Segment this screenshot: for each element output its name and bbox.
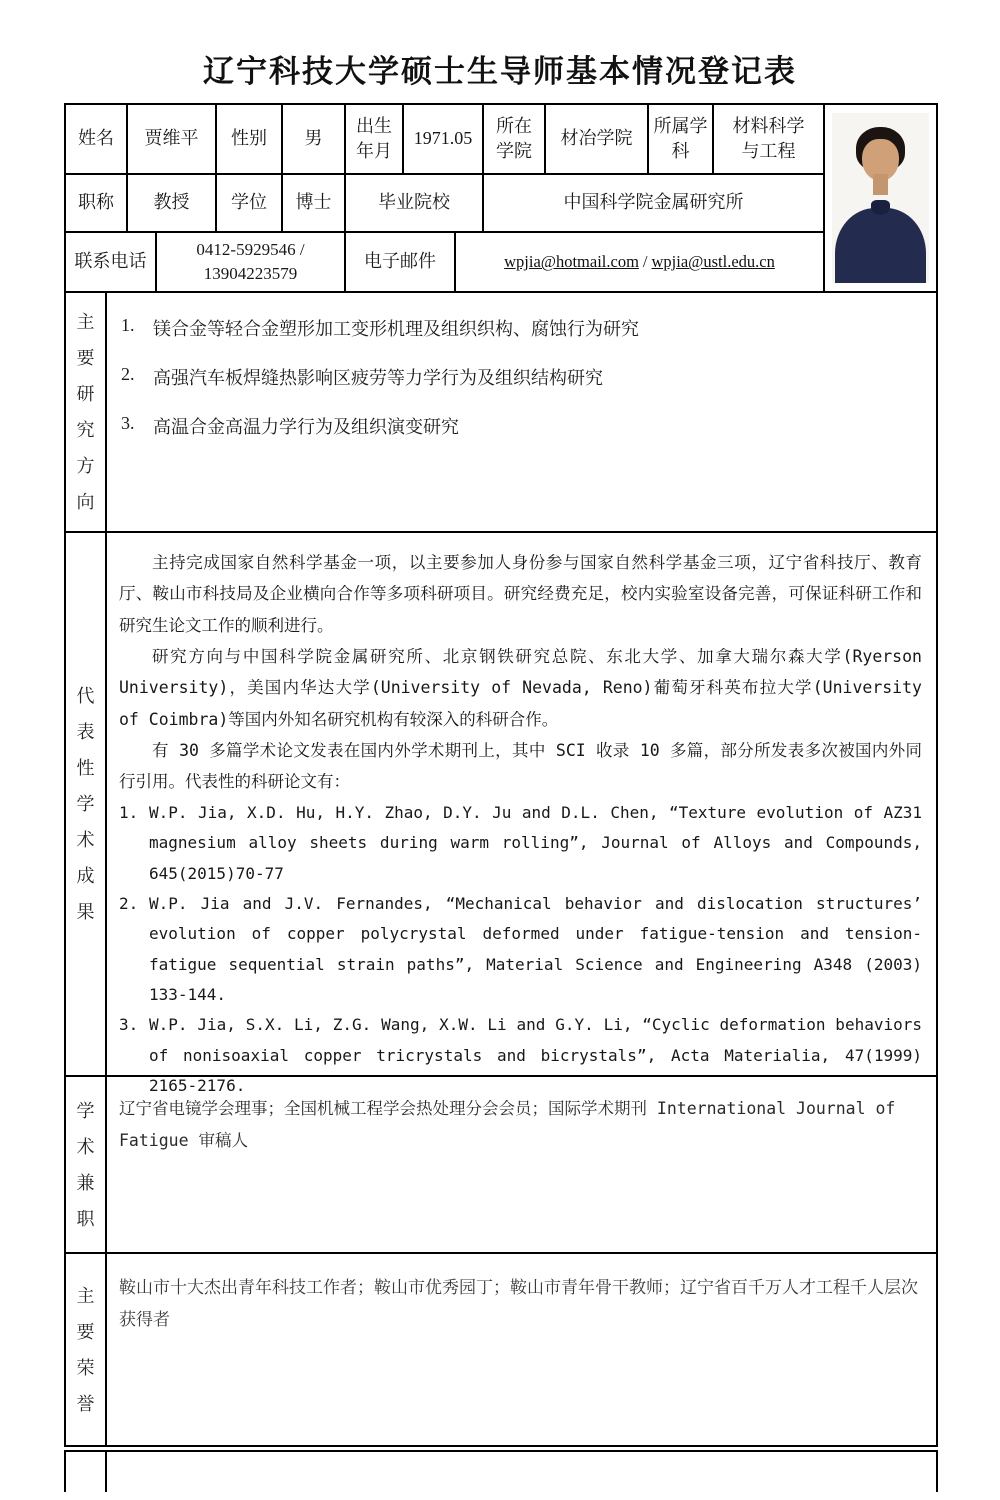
positions-content: 辽宁省电镜学会理事；全国机械工程学会热处理分会会员；国际学术期刊 Interna…	[107, 1077, 936, 1252]
photo-shirt-shape	[835, 208, 926, 283]
college-value: 材冶学院	[546, 105, 649, 173]
email-label: 电子邮件	[346, 233, 456, 291]
email-link-ustl[interactable]: wpjia@ustl.edu.cn	[652, 250, 775, 273]
achievements-section: 代表性学术成果 主持完成国家自然科学基金一项，以主要参加人身份参与国家自然科学基…	[66, 533, 936, 1077]
discipline-line-2: 与工程	[742, 139, 796, 164]
portrait-photo	[832, 113, 929, 283]
honors-content: 鞍山市十大杰出青年科技工作者；鞍山市优秀园丁；鞍山市青年骨干教师；辽宁省百千万人…	[107, 1254, 936, 1445]
achievements-paragraph: 有 30 多篇学术论文发表在国内外学术期刊上，其中 SCI 收录 10 多篇，部…	[119, 735, 922, 798]
positions-section: 学术兼职 辽宁省电镜学会理事；全国机械工程学会热处理分会会员；国际学术期刊 In…	[66, 1077, 936, 1254]
achievements-paragraph: 主持完成国家自然科学基金一项，以主要参加人身份参与国家自然科学基金三项，辽宁省科…	[119, 547, 922, 641]
phone-value: 0412-5929546 / 13904223579	[157, 233, 346, 291]
research-content: 1. 镁合金等轻合金塑形加工变形机理及组织织构、腐蚀行为研究 2. 高强汽车板焊…	[107, 293, 936, 531]
publication-text: W.P. Jia and J.V. Fernandes, “Mechanical…	[149, 889, 922, 1011]
identity-row-1: 姓名 贾维平 性别 男 出生年月 1971.05 所在学院 材冶学院 所属学科 …	[66, 105, 823, 175]
photo-neck-shape	[873, 174, 889, 194]
degree-label: 学位	[217, 175, 283, 231]
identity-section: 姓名 贾维平 性别 男 出生年月 1971.05 所在学院 材冶学院 所属学科 …	[66, 105, 936, 293]
publication-item: 1. W.P. Jia, X.D. Hu, H.Y. Zhao, D.Y. Ju…	[119, 798, 922, 889]
research-item: 3. 高温合金高温力学行为及组织演变研究	[121, 413, 918, 439]
registration-form-page: 辽宁科技大学硕士生导师基本情况登记表 姓名 贾维平 性别 男 出生年月 1971…	[0, 0, 1000, 1500]
school-value: 中国科学院金属研究所	[484, 175, 823, 231]
gender-label: 性别	[217, 105, 283, 173]
birth-value: 1971.05	[404, 105, 484, 173]
research-item-number: 1.	[121, 315, 153, 341]
school-label: 毕业院校	[346, 175, 484, 231]
positions-section-label: 学术兼职	[76, 1093, 96, 1237]
discipline-value: 材料科学 与工程	[714, 105, 823, 173]
phone-line-2: 13904223579	[204, 262, 298, 286]
identity-row-3: 联系电话 0412-5929546 / 13904223579 电子邮件 wpj…	[66, 233, 823, 291]
publication-item: 2. W.P. Jia and J.V. Fernandes, “Mechani…	[119, 889, 922, 1011]
email-value: wpjia@hotmail.com / wpjia@ustl.edu.cn	[456, 233, 823, 291]
research-item: 2. 高强汽车板焊缝热影响区疲劳等力学行为及组织结构研究	[121, 364, 918, 390]
honors-label-cell: 主要荣誉	[66, 1254, 107, 1445]
birth-label: 出生年月	[346, 105, 404, 173]
gender-value: 男	[283, 105, 346, 173]
research-section: 主要研究方向 1. 镁合金等轻合金塑形加工变形机理及组织织构、腐蚀行为研究 2.…	[66, 293, 936, 533]
publication-number: 1.	[119, 798, 149, 889]
honors-section-label: 主要荣誉	[76, 1278, 96, 1422]
research-item: 1. 镁合金等轻合金塑形加工变形机理及组织织构、腐蚀行为研究	[121, 315, 918, 341]
college-label: 所在学院	[484, 105, 546, 173]
publication-number: 2.	[119, 889, 149, 1011]
research-item-text: 高温合金高温力学行为及组织演变研究	[153, 413, 918, 439]
honors-section: 主要荣誉 鞍山市十大杰出青年科技工作者；鞍山市优秀园丁；鞍山市青年骨干教师；辽宁…	[66, 1254, 936, 1445]
research-item-number: 3.	[121, 413, 153, 439]
portrait-photo-cell	[823, 105, 936, 291]
supervisor-form: 姓名 贾维平 性别 男 出生年月 1971.05 所在学院 材冶学院 所属学科 …	[64, 103, 938, 1492]
achievements-section-label: 代表性学术成果	[76, 678, 96, 930]
phone-line-1: 0412-5929546 /	[196, 238, 304, 262]
job-title-label: 职称	[66, 175, 128, 231]
research-item-number: 2.	[121, 364, 153, 390]
research-label-cell: 主要研究方向	[66, 293, 107, 531]
page-title: 辽宁科技大学硕士生导师基本情况登记表	[0, 0, 1000, 91]
discipline-line-1: 材料科学	[733, 114, 805, 139]
achievements-label-cell: 代表性学术成果	[66, 533, 107, 1075]
research-item-text: 高强汽车板焊缝热影响区疲劳等力学行为及组织结构研究	[153, 364, 918, 390]
next-row-partial	[64, 1450, 938, 1492]
achievements-content: 主持完成国家自然科学基金一项，以主要参加人身份参与国家自然科学基金三项，辽宁省科…	[107, 533, 936, 1075]
next-row-label-cell	[66, 1452, 107, 1492]
achievements-paragraph: 研究方向与中国科学院金属研究所、北京钢铁研究总院、东北大学、加拿大瑞尔森大学(R…	[119, 641, 922, 735]
research-section-label: 主要研究方向	[76, 304, 96, 520]
phone-label: 联系电话	[66, 233, 157, 291]
degree-value: 博士	[283, 175, 346, 231]
job-title-value: 教授	[128, 175, 217, 231]
supervisor-table: 姓名 贾维平 性别 男 出生年月 1971.05 所在学院 材冶学院 所属学科 …	[64, 103, 938, 1447]
positions-label-cell: 学术兼职	[66, 1077, 107, 1252]
publication-text: W.P. Jia, X.D. Hu, H.Y. Zhao, D.Y. Ju an…	[149, 798, 922, 889]
email-link-hotmail[interactable]: wpjia@hotmail.com	[504, 250, 639, 273]
photo-collar-shape	[871, 200, 890, 215]
name-label: 姓名	[66, 105, 128, 173]
research-item-text: 镁合金等轻合金塑形加工变形机理及组织织构、腐蚀行为研究	[153, 315, 918, 341]
email-separator: /	[643, 250, 648, 273]
honors-text: 鞍山市十大杰出青年科技工作者；鞍山市优秀园丁；鞍山市青年骨干教师；辽宁省百千万人…	[119, 1272, 922, 1337]
positions-text: 辽宁省电镜学会理事；全国机械工程学会热处理分会会员；国际学术期刊 Interna…	[119, 1093, 922, 1157]
discipline-label: 所属学科	[649, 105, 714, 173]
identity-row-2: 职称 教授 学位 博士 毕业院校 中国科学院金属研究所	[66, 175, 823, 233]
name-value: 贾维平	[128, 105, 217, 173]
